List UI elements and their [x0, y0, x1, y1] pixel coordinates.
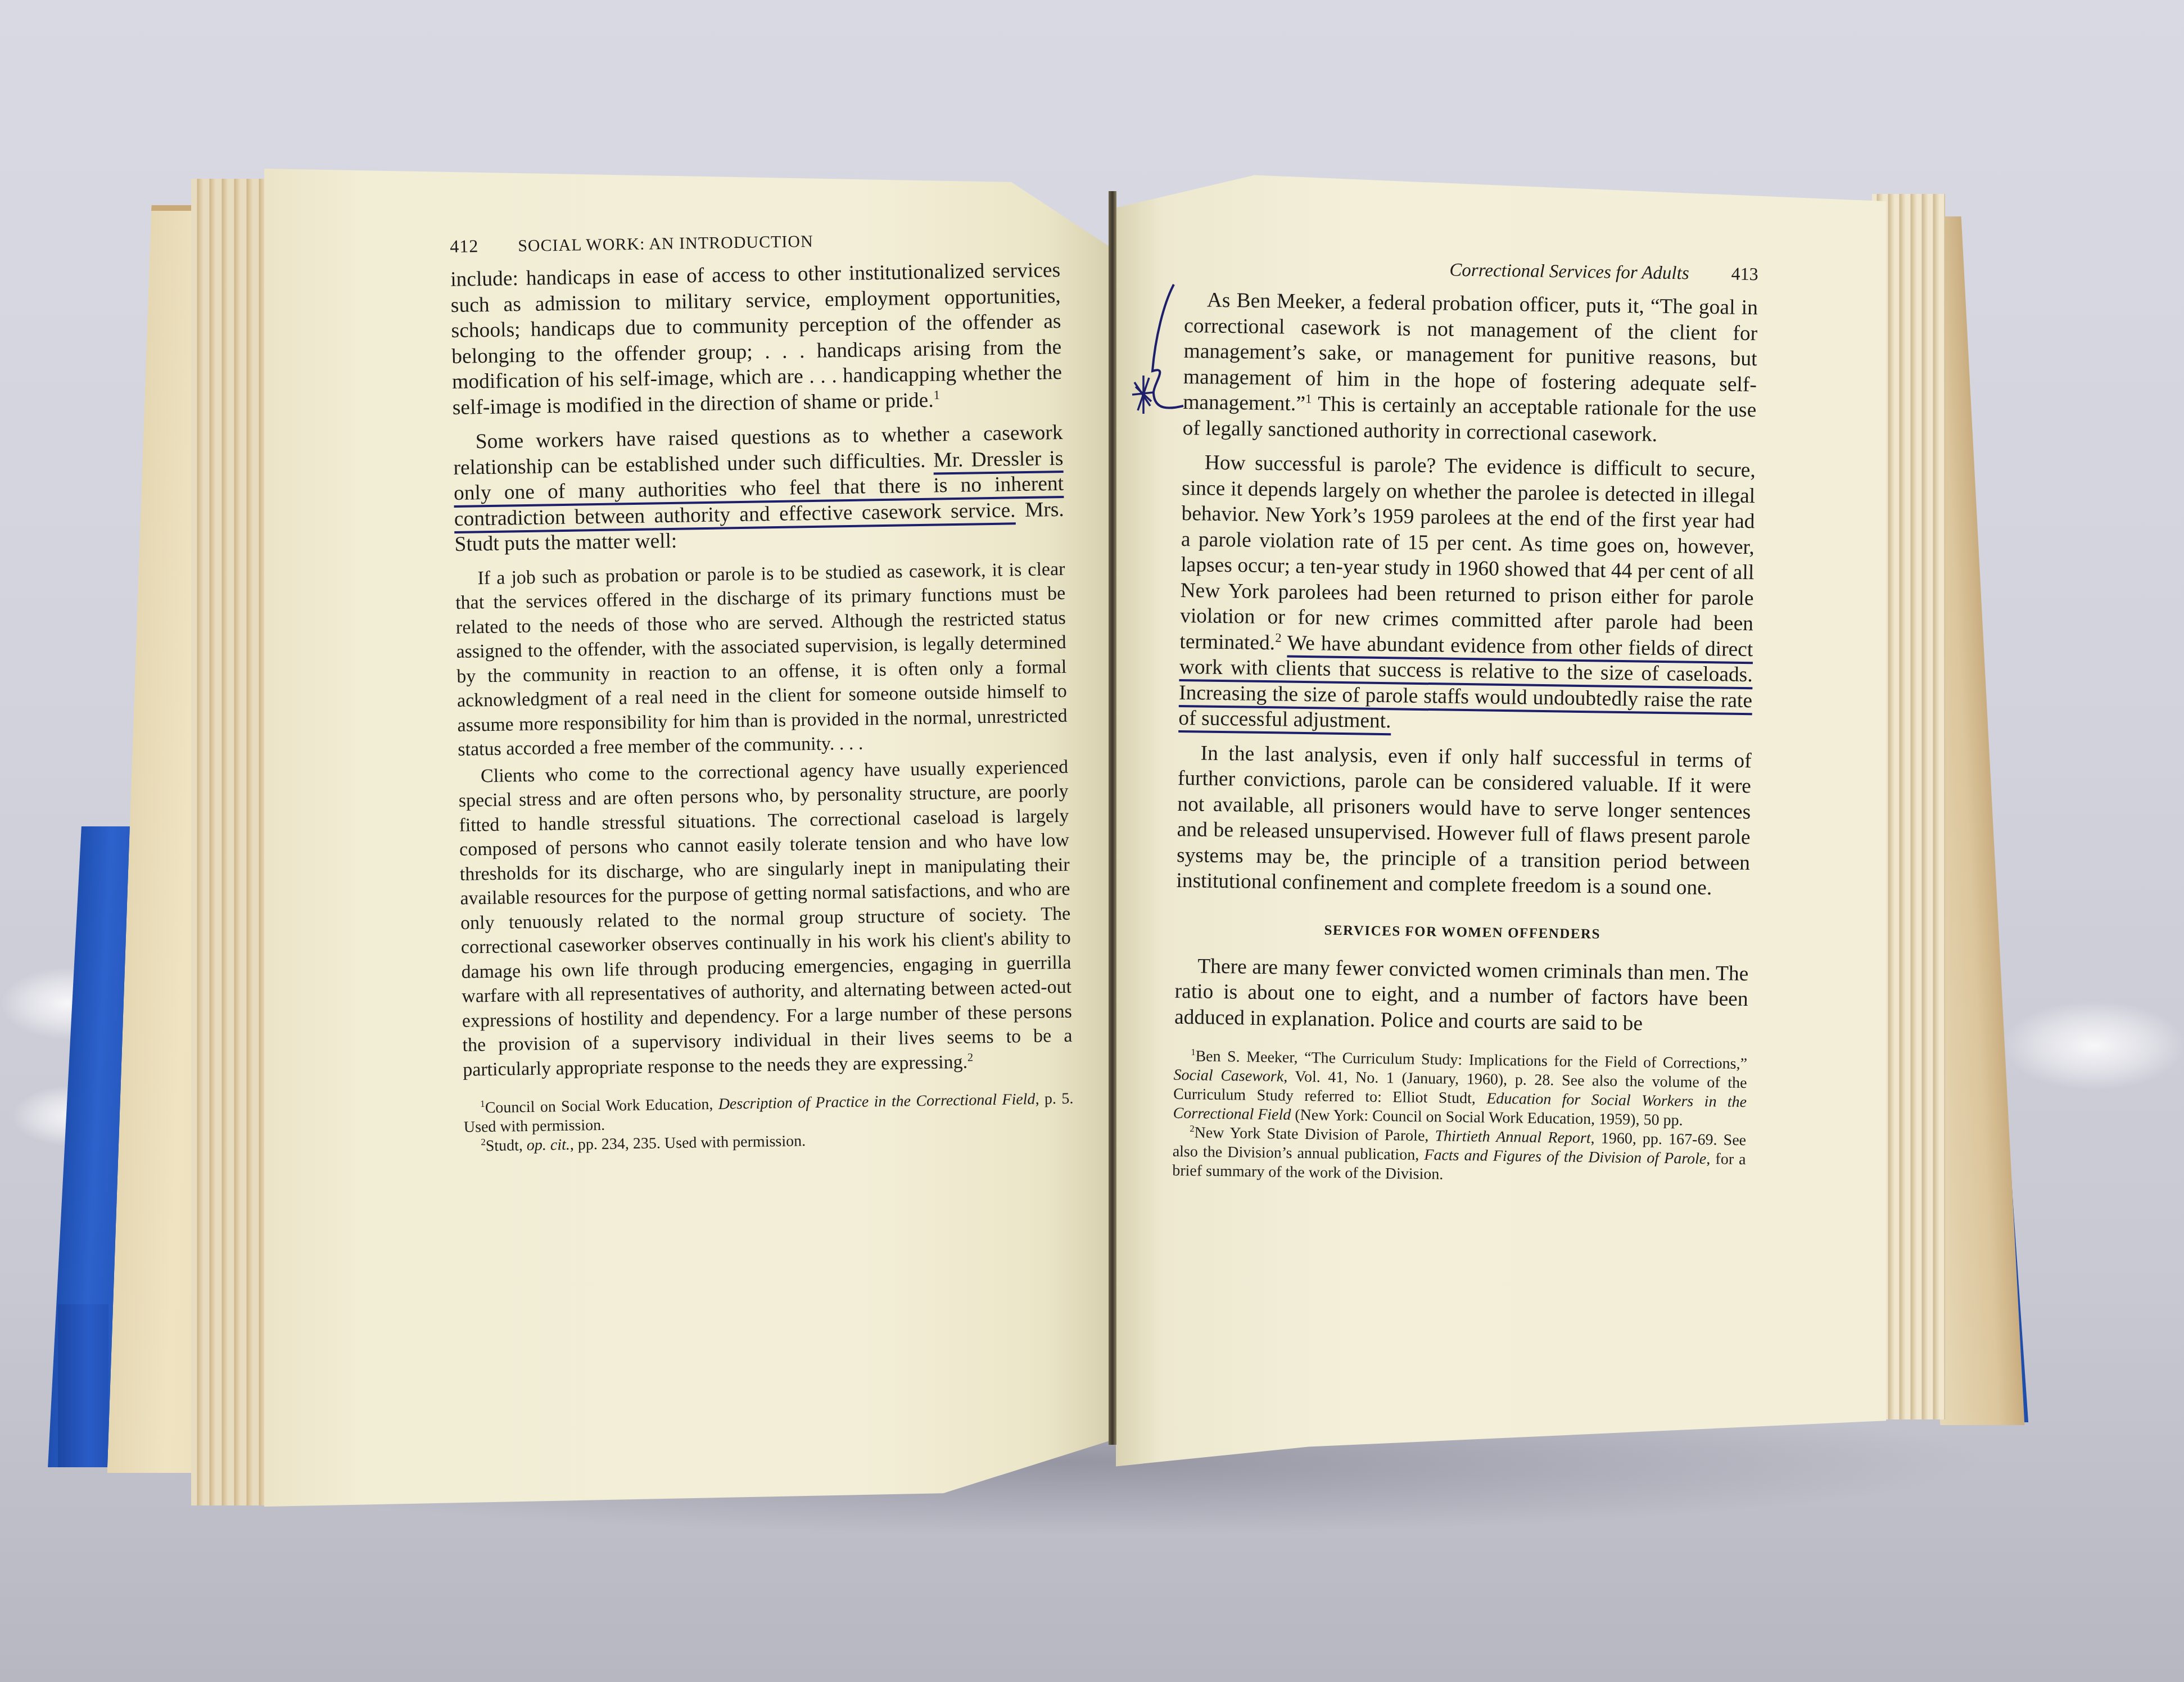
- right-page-text: Correctional Services for Adults 413 As …: [1172, 256, 1758, 1188]
- running-head-title: Correctional Services for Adults: [1449, 260, 1689, 284]
- page-number: 413: [1731, 264, 1758, 285]
- footnote-ref: 2: [967, 1051, 974, 1064]
- section-heading: SERVICES FOR WOMEN OFFENDERS: [1175, 920, 1749, 944]
- footnote-ref: 1: [933, 387, 940, 401]
- paragraph: In the last analysis, even if only half …: [1176, 740, 1752, 901]
- paragraph: As Ben Meeker, a federal probation offic…: [1182, 287, 1758, 449]
- footnote-ref: 2: [1275, 630, 1282, 644]
- book-gutter: [1109, 191, 1116, 1445]
- paragraph: Some workers have raised questions as to…: [453, 420, 1064, 558]
- footnotes: 1Ben S. Meeker, “The Curriculum Study: I…: [1172, 1047, 1747, 1188]
- footnotes: 1Council on Social Work Education, Descr…: [463, 1089, 1074, 1156]
- footnote: 1Ben S. Meeker, “The Curriculum Study: I…: [1173, 1047, 1747, 1131]
- paragraph: include: handicaps in ease of access to …: [450, 257, 1062, 420]
- footnote: 2New York State Division of Parole, Thir…: [1172, 1123, 1746, 1188]
- paragraph: There are many fewer convicted women cri…: [1174, 953, 1749, 1038]
- paragraph: How successful is parole? The evidence i…: [1178, 450, 1756, 739]
- left-blue-tape-corner: [58, 1304, 108, 1467]
- table-glare-right: [2001, 1001, 2184, 1091]
- running-head-title: SOCIAL WORK: AN INTRODUCTION: [518, 232, 813, 256]
- block-quote: If a job such as probation or parole is …: [455, 557, 1068, 762]
- page-number: 412: [450, 236, 479, 257]
- footnote-ref: 1: [1305, 392, 1312, 406]
- left-page-text: 412 SOCIAL WORK: AN INTRODUCTION include…: [450, 227, 1074, 1156]
- block-quote: Clients who come to the correctional age…: [458, 754, 1073, 1082]
